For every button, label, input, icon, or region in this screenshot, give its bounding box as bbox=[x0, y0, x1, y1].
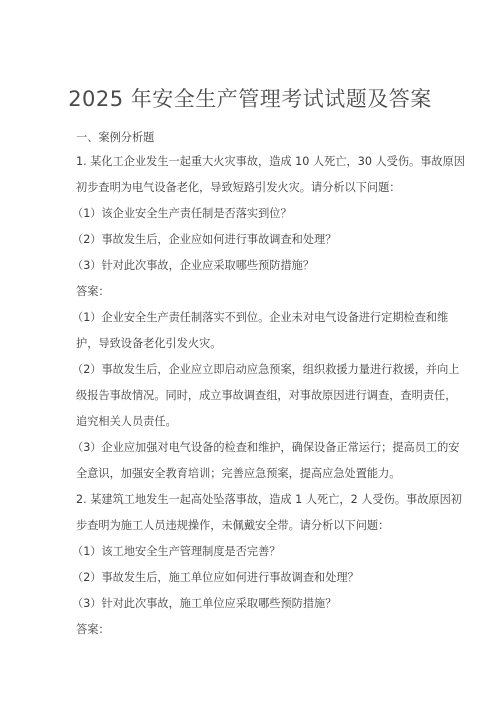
question-1-answer-1-line-1: （1）企业安全生产责任制落实不到位。企业未对电气设备进行定期检查和维 bbox=[72, 311, 448, 325]
question-2-answer-label: 答案： bbox=[76, 623, 110, 637]
question-1-sub-3: （3）针对此次事故，企业应采取哪些预防措施？ bbox=[72, 259, 314, 273]
question-1-answer-label: 答案： bbox=[76, 285, 110, 299]
question-1-sub-1: （1）该企业安全生产责任制是否落实到位？ bbox=[72, 207, 292, 221]
question-1-sub-2: （2）事故发生后，企业应如何进行事故调查和处理？ bbox=[72, 233, 336, 247]
question-2-sub-2: （2）事故发生后，施工单位应如何进行事故调查和处理？ bbox=[72, 571, 359, 585]
question-1-stem-line-2: 初步查明为电气设备老化，导致短路引发火灾。请分析以下问题： bbox=[76, 181, 400, 195]
document-title: 2025 年安全生产管理考试试题及答案 bbox=[0, 83, 500, 113]
question-2-sub-1: （1）该工地安全生产管理制度是否完善？ bbox=[72, 545, 281, 559]
question-1-answer-2-line-1: （2）事故发生后，企业应立即启动应急预案，组织救援力量进行救援，并向上 bbox=[72, 363, 460, 377]
question-2-stem-line-1: 2. 某建筑工地发生一起高处坠落事故，造成 1 人死亡，2 人受伤。事故原因初 bbox=[76, 493, 462, 507]
question-1-stem-line-1: 1. 某化工企业发生一起重大火灾事故，造成 10 人死亡，30 人受伤。事故原因 bbox=[76, 155, 465, 169]
question-1-answer-3-line-1: （3）企业应加强对电气设备的检查和维护，确保设备正常运行；提高员工的安 bbox=[72, 441, 460, 455]
section-heading: 一、案例分析题 bbox=[76, 131, 154, 145]
question-2-sub-3: （3）针对此次事故，施工单位应采取哪些预防措施？ bbox=[72, 597, 336, 611]
question-1-answer-3-line-2: 全意识，加强安全教育培训；完善应急预案，提高应急处置能力。 bbox=[76, 467, 400, 481]
question-1-answer-1-line-2: 护，导致设备老化引发火灾。 bbox=[76, 337, 221, 351]
question-1-answer-2-line-2: 级报告事故情况。同时，成立事故调查组，对事故原因进行调查，查明责任， bbox=[76, 389, 456, 403]
document-page: 2025 年安全生产管理考试试题及答案 一、案例分析题 1. 某化工企业发生一起… bbox=[0, 0, 500, 707]
question-1-answer-2-line-3: 追究相关人员责任。 bbox=[76, 415, 177, 429]
question-2-stem-line-2: 步查明为施工人员违规操作，未佩戴安全带。请分析以下问题： bbox=[76, 519, 389, 533]
